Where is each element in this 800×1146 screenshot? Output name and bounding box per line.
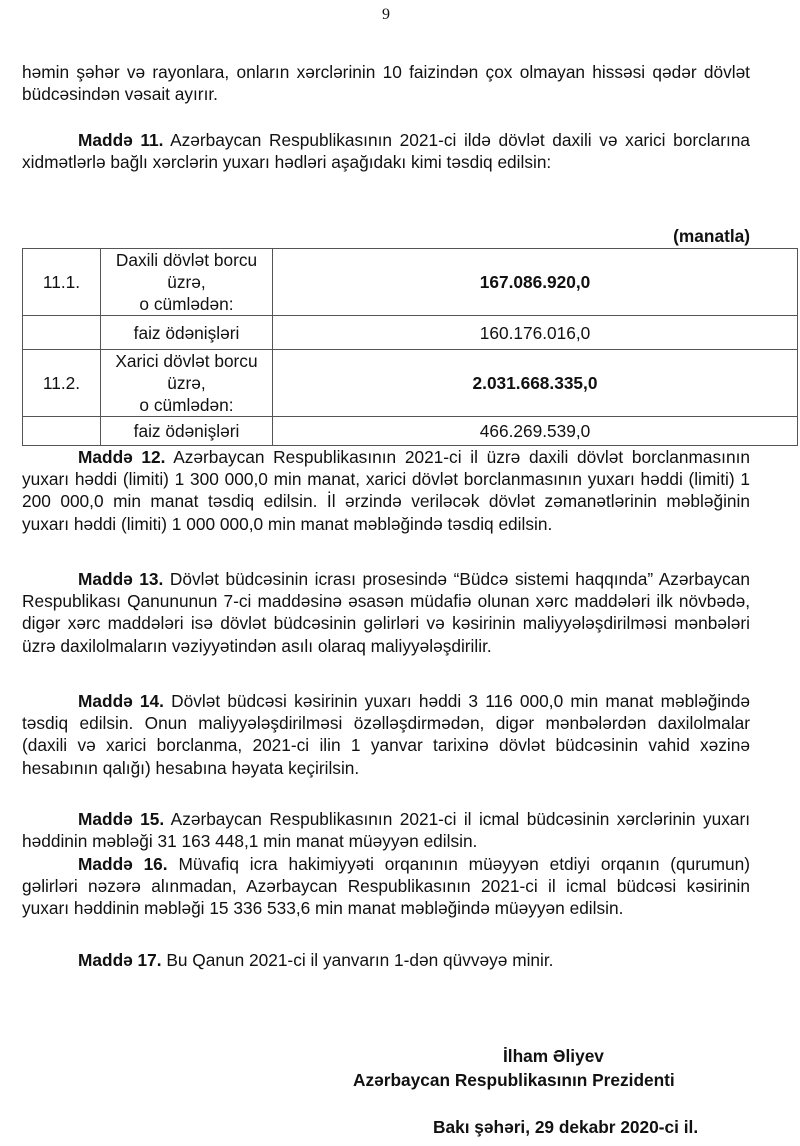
article-text: Bu Qanun 2021-ci il yanvarın 1-dən qüvvə… — [162, 950, 554, 970]
row-number: 11.1. — [23, 249, 101, 316]
table-row: 11.2. Xarici dövlət borcu üzrə,o cümlədə… — [23, 350, 798, 417]
article-17: Maddə 17. Bu Qanun 2021-ci il yanvarın 1… — [22, 949, 750, 971]
table-row: 11.1. Daxili dövlət borcu üzrə,o cümlədə… — [23, 249, 798, 316]
debt-limits-table: 11.1. Daxili dövlət borcu üzrə,o cümlədə… — [22, 248, 798, 446]
article-15: Maddə 15. Azərbaycan Respublikasının 202… — [22, 808, 750, 852]
table-row: faiz ödənişləri 160.176.016,0 — [23, 316, 798, 350]
table-row: faiz ödənişləri 466.269.539,0 — [23, 417, 798, 446]
intro-paragraph: həmin şəhər və rayonlara, onların xərclə… — [22, 61, 750, 105]
article-label: Maddə 14. — [78, 691, 164, 711]
row-value: 167.086.920,0 — [273, 249, 798, 316]
row-description: faiz ödənişləri — [101, 417, 273, 446]
row-number — [23, 417, 101, 446]
article-label: Maddə 15. — [78, 809, 164, 829]
article-label: Maddə 16. — [78, 854, 168, 874]
place-and-date: Bakı şəhəri, 29 dekabr 2020-ci il. — [433, 1117, 698, 1138]
row-value: 2.031.668.335,0 — [273, 350, 798, 417]
unit-label: (manatla) — [22, 226, 750, 247]
article-13: Maddə 13. Dövlət büdcəsinin icrası prose… — [22, 568, 750, 657]
signatory-name: İlham Əliyev — [503, 1046, 604, 1067]
signatory-title: Azərbaycan Respublikasının Prezidenti — [353, 1070, 675, 1091]
article-14: Maddə 14. Dövlət büdcəsi kəsirinin yuxar… — [22, 690, 750, 779]
article-label: Maddə 13. — [78, 569, 163, 589]
article-11: Maddə 11. Azərbaycan Respublikasının 202… — [22, 129, 750, 173]
row-value: 466.269.539,0 — [273, 417, 798, 446]
row-description: Daxili dövlət borcu üzrə,o cümlədən: — [101, 249, 273, 316]
page-number: 9 — [0, 6, 772, 24]
row-number — [23, 316, 101, 350]
row-description: Xarici dövlət borcu üzrə,o cümlədən: — [101, 350, 273, 417]
article-label: Maddə 17. — [78, 950, 162, 970]
article-label: Maddə 11. — [78, 130, 163, 150]
article-12: Maddə 12. Azərbaycan Respublikasının 202… — [22, 446, 750, 535]
row-description: faiz ödənişləri — [101, 316, 273, 350]
article-label: Maddə 12. — [78, 447, 165, 467]
article-16: Maddə 16. Müvafiq icra hakimiyyəti orqan… — [22, 853, 750, 920]
row-number: 11.2. — [23, 350, 101, 417]
row-value: 160.176.016,0 — [273, 316, 798, 350]
